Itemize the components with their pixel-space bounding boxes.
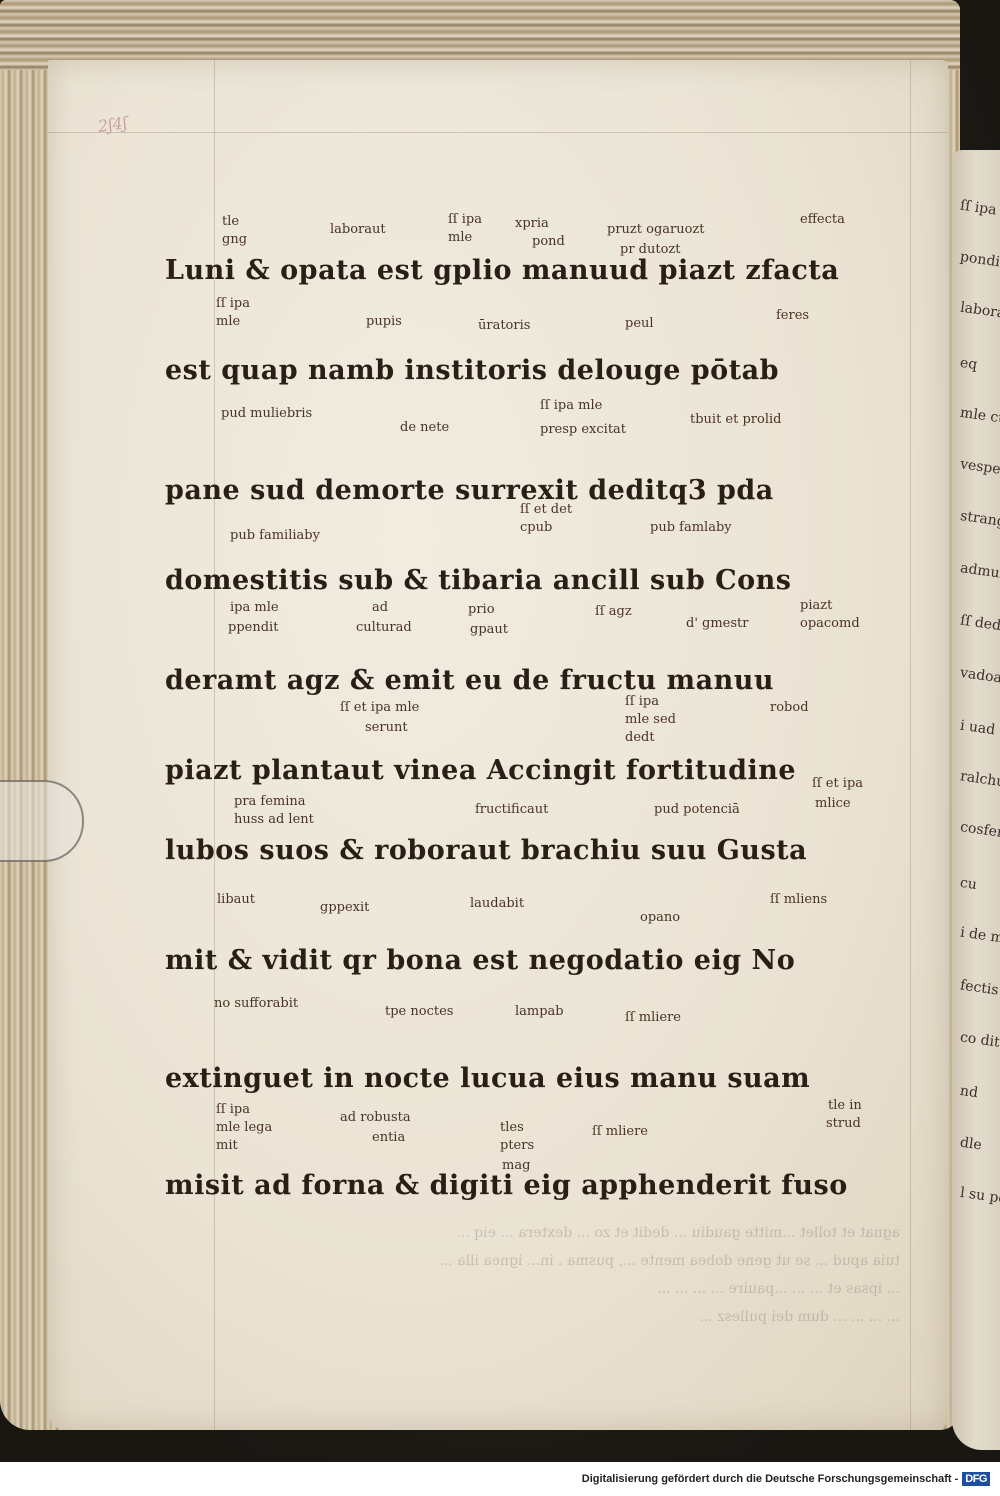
gloss-word: peul (625, 316, 654, 331)
facing-page-fragment: admuict (959, 560, 1000, 584)
gloss-word: ſſ ipa mle (540, 398, 602, 413)
gloss-word: ſſ ipa (216, 296, 250, 311)
gloss-word: pra femina (234, 794, 306, 809)
gloss-word: robod (770, 700, 809, 715)
facing-page-fragment: i uad (959, 718, 996, 739)
gloss-word: d' gmestr (686, 616, 748, 631)
bleed-through-line: ... ... ... ... dum dei pullesz ... (160, 1309, 900, 1325)
gloss-word: mle (216, 314, 240, 329)
gloss-word: pud potenciā (654, 802, 740, 817)
gloss-word: prio (468, 602, 495, 617)
gloss-word: pud muliebris (221, 406, 312, 421)
gloss-word: ppendit (228, 620, 278, 635)
gloss-word: ad robusta (340, 1110, 411, 1125)
bleed-through-line: agnat et tollet ...mitte gaudiu ... dedi… (160, 1225, 900, 1241)
gloss-word: ſſ mliere (592, 1124, 648, 1139)
facing-page-edge: ſſ ipaponditlaborauiteqmle cuvesperastra… (952, 150, 1000, 1450)
footer-credit-text: Digitalisierung gefördert durch die Deut… (582, 1473, 959, 1485)
gloss-word: laboraut (330, 222, 386, 237)
facing-page-fragment: cu (959, 875, 978, 893)
facing-page-fragment: ralchud (959, 768, 1000, 791)
manuscript-line: Luni & opata est gplio manuud piazt zfac… (165, 255, 865, 286)
gloss-word: no sufforabit (214, 996, 298, 1011)
bleed-through-line: tuia apud ... se ut gene dobea mente ...… (160, 1253, 900, 1269)
manuscript-line: mit & vidit qr bona est negodatio eig No (165, 945, 865, 976)
gloss-word: culturad (356, 620, 412, 635)
gloss-word: pruzt ogaruozt (607, 222, 705, 237)
gloss-word: ſſ et ipa (812, 776, 863, 791)
gloss-word: ad (372, 600, 388, 615)
facing-page-fragment: mle cu (959, 405, 1000, 427)
gloss-word: feres (776, 308, 809, 323)
gloss-word: tle (222, 214, 239, 229)
gloss-word: gppexit (320, 900, 369, 915)
gloss-word: pters (500, 1138, 534, 1153)
gloss-word: ipa mle (230, 600, 279, 615)
facing-page-fragment: nd (959, 1083, 979, 1101)
bleed-through-line: ... ipsas et ... ... ...pauire ... ... .… (160, 1281, 900, 1297)
gloss-word: pond (532, 234, 565, 249)
gloss-word: ſſ mliere (625, 1010, 681, 1025)
gloss-word: pr dutozt (620, 242, 681, 257)
gloss-word: pupis (366, 314, 402, 329)
facing-page-fragment: ſſ ipa (959, 198, 997, 219)
gloss-word: ſſ ipa (216, 1102, 250, 1117)
ruling-line (48, 132, 948, 133)
facing-page-fragment: i de ma (959, 924, 1000, 947)
facing-page-fragment: pondit (959, 249, 1000, 271)
gloss-word: serunt (365, 720, 408, 735)
manuscript-line: pane sud demorte surrexit deditq3 pda (165, 475, 865, 506)
manuscript-line: extinguet in nocte lucua eius manu suam (165, 1063, 865, 1094)
facing-page-fragment: strangul (959, 508, 1000, 532)
gloss-word: lampab (515, 1004, 564, 1019)
gloss-word: mit (216, 1138, 238, 1153)
gloss-word: ſſ mliens (770, 892, 827, 907)
plastic-clip (0, 780, 84, 862)
manuscript-line: domestitis sub & tibaria ancill sub Cons (165, 565, 865, 596)
gloss-word: mag (502, 1158, 530, 1173)
folio-number: 2ʃ4ʃ (97, 113, 128, 136)
ruling-line (910, 60, 911, 1430)
gloss-word: gng (222, 232, 247, 247)
manuscript-line: lubos suos & roboraut brachiu suu Gusta (165, 835, 865, 866)
facing-page-fragment: dle (959, 1135, 983, 1154)
manuscript-photo: 2ʃ4ʃ Luni & opata est gplio manuud piazt… (0, 0, 1000, 1462)
facing-page-fragment: fectis (959, 977, 999, 998)
facing-page-fragment: ſſ dedit (959, 613, 1000, 636)
gloss-word: effecta (800, 212, 845, 227)
gloss-word: tbuit et prolid (690, 412, 781, 427)
facing-page-fragment: laborauit (959, 300, 1000, 325)
gloss-word: pub familiaby (230, 528, 320, 543)
gloss-word: dedt (625, 730, 655, 745)
dfg-logo: DFG (962, 1472, 990, 1486)
gloss-word: mle sed (625, 712, 676, 727)
footer-credit-bar: Digitalisierung gefördert durch die Deut… (0, 1462, 1000, 1496)
gloss-word: tle in (828, 1098, 862, 1113)
gloss-word: ſſ ipa (625, 694, 659, 709)
gloss-word: tles (500, 1120, 524, 1135)
gloss-word: opacomd (800, 616, 860, 631)
gloss-word: laudabit (470, 896, 524, 911)
gloss-word: ſſ ipa (448, 212, 482, 227)
gloss-word: de nete (400, 420, 449, 435)
gloss-word: fructificaut (475, 802, 548, 817)
facing-page-fragment: eq (959, 355, 978, 373)
gloss-word: opano (640, 910, 680, 925)
facing-page-fragment: cosferund (959, 819, 1000, 845)
gloss-word: huss ad lent (234, 812, 314, 827)
gloss-word: ſſ agz (595, 604, 632, 619)
gloss-word: piazt (800, 598, 832, 613)
facing-page-fragment: co dit (959, 1029, 1000, 1050)
gloss-word: strud (826, 1116, 861, 1131)
gloss-word: mle lega (216, 1120, 272, 1135)
gloss-word: mle (448, 230, 472, 245)
manuscript-line: piazt plantaut vinea Accingit fortitudin… (165, 755, 865, 786)
manuscript-line: misit ad forna & digiti eig apphenderit … (165, 1170, 865, 1201)
gloss-word: ūratoris (478, 318, 530, 333)
gloss-word: ſſ et ipa mle (340, 700, 419, 715)
manuscript-line: est quap namb institoris delouge pōtab (165, 355, 865, 386)
gloss-word: pub famlaby (650, 520, 732, 535)
facing-page-fragment: vadoal (959, 665, 1000, 687)
manuscript-line: deramt agz & emit eu de fructu manuu (165, 665, 865, 696)
gloss-word: tpe noctes (385, 1004, 453, 1019)
gloss-word: gpaut (470, 622, 508, 637)
gloss-word: xpria (515, 216, 549, 231)
facing-page-fragment: vespera (959, 456, 1000, 480)
gloss-word: presp excitat (540, 422, 626, 437)
gloss-word: cpub (520, 520, 552, 535)
gloss-word: libaut (217, 892, 255, 907)
gloss-word: mlice (815, 796, 851, 811)
facing-page-fragment: l su pe (959, 1185, 1000, 1207)
gloss-word: entia (372, 1130, 405, 1145)
gloss-word: ſſ et det (520, 502, 572, 517)
